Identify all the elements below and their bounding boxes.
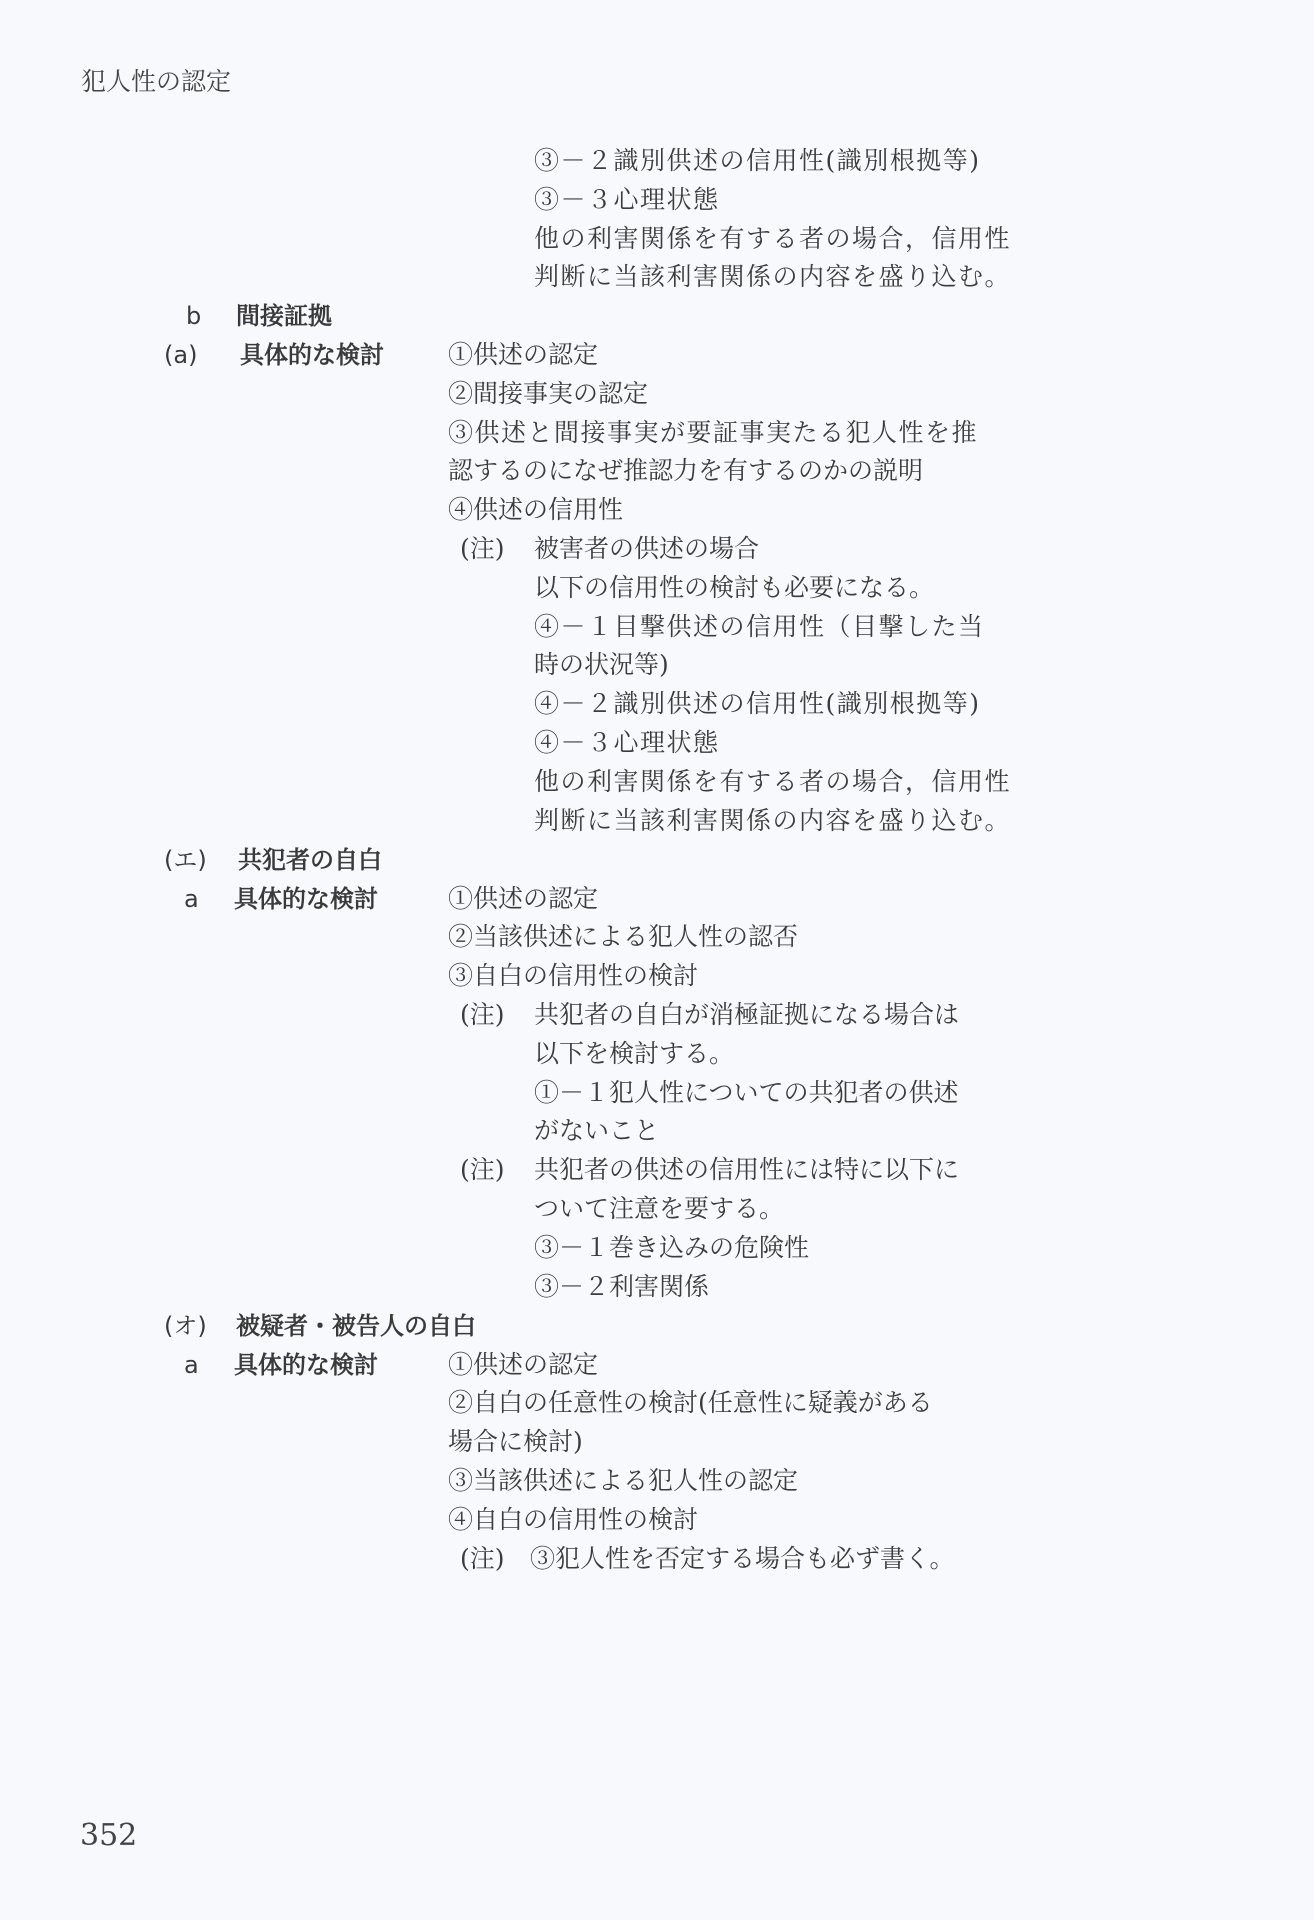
section-o-marker: (オ) [164, 1307, 207, 1345]
item: ③当該供述による犯人性の認定 [448, 1462, 798, 1500]
continuation-line: 判断に当該利害関係の内容を盛り込む。 [534, 258, 1011, 296]
note-label: (注) [460, 530, 505, 568]
note-line: ③－１巻き込みの危険性 [534, 1229, 809, 1267]
item: ③自白の信用性の検討 [448, 957, 698, 995]
note-line: ③犯人性を否定する場合も必ず書く。 [530, 1540, 955, 1578]
section-o-sub-a-marker: a [184, 1346, 199, 1384]
section-b-marker: b [186, 297, 201, 335]
note-label: (注) [460, 996, 505, 1034]
item: ①供述の認定 [448, 1346, 598, 1384]
note-line: 共犯者の自白が消極証拠になる場合は [534, 996, 959, 1034]
note-line: 共犯者の供述の信用性には特に以下に [534, 1151, 959, 1189]
section-e-marker: (エ) [164, 841, 207, 879]
item: ③供述と間接事実が要証事実たる犯人性を推 [448, 414, 978, 452]
item: ②当該供述による犯人性の認否 [448, 918, 798, 956]
continuation-line: 他の利害関係を有する者の場合，信用性 [534, 220, 1011, 258]
continuation-line: ③－２識別供述の信用性(識別根拠等) [534, 142, 981, 180]
item: ④供述の信用性 [448, 491, 623, 529]
item: 場合に検討) [448, 1423, 583, 1461]
item: ④自白の信用性の検討 [448, 1501, 698, 1539]
note-line: ①－１犯人性についての共犯者の供述 [534, 1074, 959, 1112]
page-number: 352 [80, 1818, 137, 1853]
section-e-sub-a-marker: a [184, 880, 199, 918]
note-line: ついて注意を要する。 [534, 1190, 784, 1228]
note-line: 以下を検討する。 [534, 1035, 734, 1073]
item: 認するのになぜ推認力を有するのかの説明 [448, 452, 923, 490]
note-line: がないこと [534, 1112, 659, 1150]
note-line: ④－３心理状態 [534, 724, 720, 762]
note-label: (注) [460, 1151, 505, 1189]
note-line: 判断に当該利害関係の内容を盛り込む。 [534, 802, 1011, 840]
section-o-sub-a-title: 具体的な検討 [234, 1346, 378, 1384]
section-b-sub-a-marker: (a) [164, 336, 197, 374]
note-line: ④－２識別供述の信用性(識別根拠等) [534, 685, 981, 723]
item: ②間接事実の認定 [448, 375, 648, 413]
section-b-title: 間接証拠 [236, 297, 332, 335]
note-label: (注) [460, 1540, 505, 1578]
section-e-title: 共犯者の自白 [238, 841, 382, 879]
section-o-title: 被疑者・被告人の自白 [236, 1307, 476, 1345]
note-line: 被害者の供述の場合 [534, 530, 759, 568]
section-b-sub-a-title: 具体的な検討 [240, 336, 384, 374]
note-line: ④－１目撃供述の信用性（目撃した当 [534, 608, 985, 646]
item: ①供述の認定 [448, 336, 598, 374]
note-line: 以下の信用性の検討も必要になる。 [534, 569, 934, 607]
note-line: 他の利害関係を有する者の場合，信用性 [534, 763, 1011, 801]
item: ①供述の認定 [448, 880, 598, 918]
running-head-title: 犯人性の認定 [81, 62, 231, 98]
note-line: ③－２利害関係 [534, 1268, 709, 1306]
section-e-sub-a-title: 具体的な検討 [234, 880, 378, 918]
continuation-line: ③－３心理状態 [534, 181, 720, 219]
note-line: 時の状況等) [534, 646, 669, 684]
item: ②自白の任意性の検討(任意性に疑義がある [448, 1384, 933, 1422]
